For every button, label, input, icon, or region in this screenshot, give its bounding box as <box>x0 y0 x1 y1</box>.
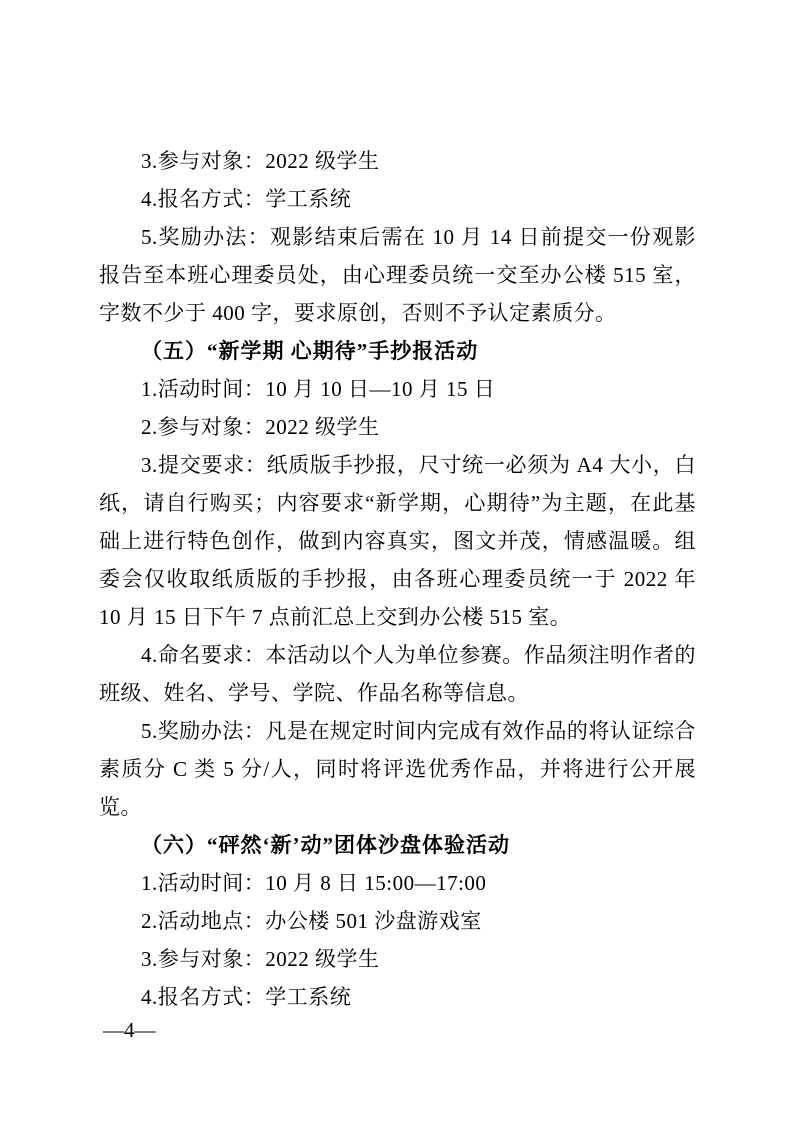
paragraph-participants: 2.参与对象：2022 级学生 <box>99 408 696 446</box>
paragraph-participants: 3.参与对象：2022 级学生 <box>99 142 696 180</box>
paragraph-registration: 4.报名方式：学工系统 <box>99 978 696 1016</box>
section-heading-five: （五）“新学期 心期待”手抄报活动 <box>99 332 696 370</box>
document-page: 3.参与对象：2022 级学生 4.报名方式：学工系统 5.奖励办法：观影结束后… <box>0 0 793 1122</box>
paragraph-activity-time: 1.活动时间：10 月 10 日—10 月 15 日 <box>99 370 696 408</box>
paragraph-submission-rules: 3.提交要求：纸质版手抄报，尺寸统一必须为 A4 大小，白纸，请自行购买；内容要… <box>99 446 696 636</box>
paragraph-reward-method: 5.奖励办法：观影结束后需在 10 月 14 日前提交一份观影报告至本班心理委员… <box>99 218 696 332</box>
paragraph-naming-rules: 4.命名要求：本活动以个人为单位参赛。作品须注明作者的班级、姓名、学号、学院、作… <box>99 636 696 712</box>
page-number: —4— <box>103 1016 156 1044</box>
paragraph-activity-time: 1.活动时间：10 月 8 日 15:00—17:00 <box>99 864 696 902</box>
paragraph-activity-location: 2.活动地点：办公楼 501 沙盘游戏室 <box>99 902 696 940</box>
paragraph-participants: 3.参与对象：2022 级学生 <box>99 940 696 978</box>
document-body: 3.参与对象：2022 级学生 4.报名方式：学工系统 5.奖励办法：观影结束后… <box>99 142 696 1016</box>
paragraph-registration: 4.报名方式：学工系统 <box>99 180 696 218</box>
section-heading-six: （六）“砰然‘新’动”团体沙盘体验活动 <box>99 826 696 864</box>
paragraph-reward-method: 5.奖励办法：凡是在规定时间内完成有效作品的将认证综合素质分 C 类 5 分/人… <box>99 712 696 826</box>
